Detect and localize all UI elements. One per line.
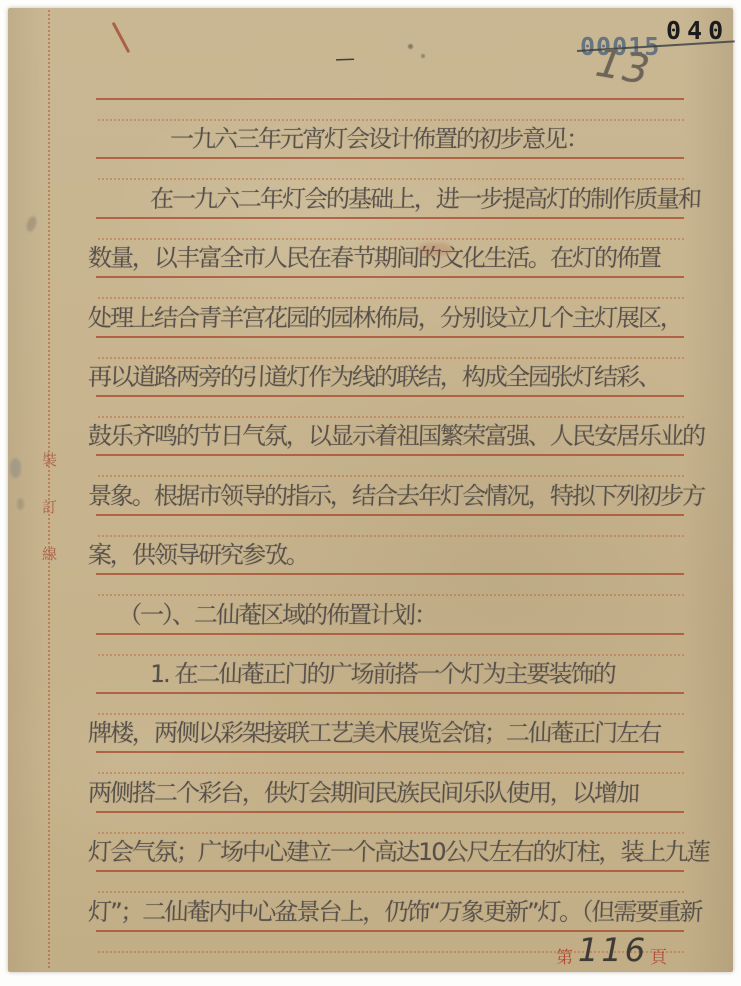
paper-speck	[408, 44, 413, 49]
handwritten-line: 牌楼，两侧以彩架接联工艺美术展览会馆；二仙菴正门左右	[87, 714, 660, 752]
handwritten-line: 两侧搭二个彩台，供灯会期间民族民间乐队使用，以增加	[87, 774, 638, 812]
handwritten-line: 在一九六二年灯会的基础上，进一步提高灯的制作质量和	[149, 180, 700, 218]
handwritten-correction-number: 13	[592, 40, 654, 95]
footer-page-number: 116	[578, 931, 648, 969]
page-number-dash: —	[335, 46, 356, 71]
footer-page-suffix: 頁	[650, 943, 667, 968]
handwritten-line: 景象。根据市领导的指示，结合去年灯会情况，特拟下列初步方	[87, 477, 704, 515]
scanned-document-page: 裝訂線 — 00015 040 13 一九六三年元宵灯会设计佈置的初步意见： 在…	[0, 0, 741, 986]
paper-stain	[17, 498, 24, 510]
paper-speck	[421, 54, 425, 58]
binding-label: 裝訂線	[39, 452, 60, 593]
footer-page-prefix: 第	[556, 943, 573, 968]
handwritten-line: 灯会气氛；广场中心建立一个高达10公尺左右的灯柱，装上九莲	[87, 833, 709, 871]
handwritten-line: 鼓乐齐鸣的节日气氛，以显示着祖国繁荣富强、人民安居乐业的	[87, 417, 704, 455]
red-ink-smudge	[418, 243, 452, 256]
handwritten-line: 再以道路两旁的引道灯作为线的联结，构成全园张灯结彩、	[87, 358, 660, 396]
handwritten-line: 处理上结合青羊宫花园的园林佈局，分别设立几个主灯展区，	[87, 299, 682, 337]
handwritten-line: 灯”；二仙菴内中心盆景台上，仍饰“万象更新”灯。（但需要重新	[87, 893, 702, 931]
handwritten-line: 案，供领导研究参攷。	[87, 536, 308, 574]
paper-stain	[10, 458, 21, 478]
page-footer: 第 116 頁	[550, 933, 680, 977]
handwritten-line: 1. 在二仙菴正门的广场前搭一个灯为主要装饰的	[149, 655, 615, 693]
document-title: 一九六三年元宵灯会设计佈置的初步意见：	[169, 120, 588, 158]
handwritten-line: 数量，以丰富全市人民在春节期间的文化生活。在灯的佈置	[87, 239, 660, 277]
handwritten-section-heading: （一）、二仙菴区域的佈置计划：	[117, 596, 436, 634]
archive-number-stamp: 040	[666, 16, 729, 45]
